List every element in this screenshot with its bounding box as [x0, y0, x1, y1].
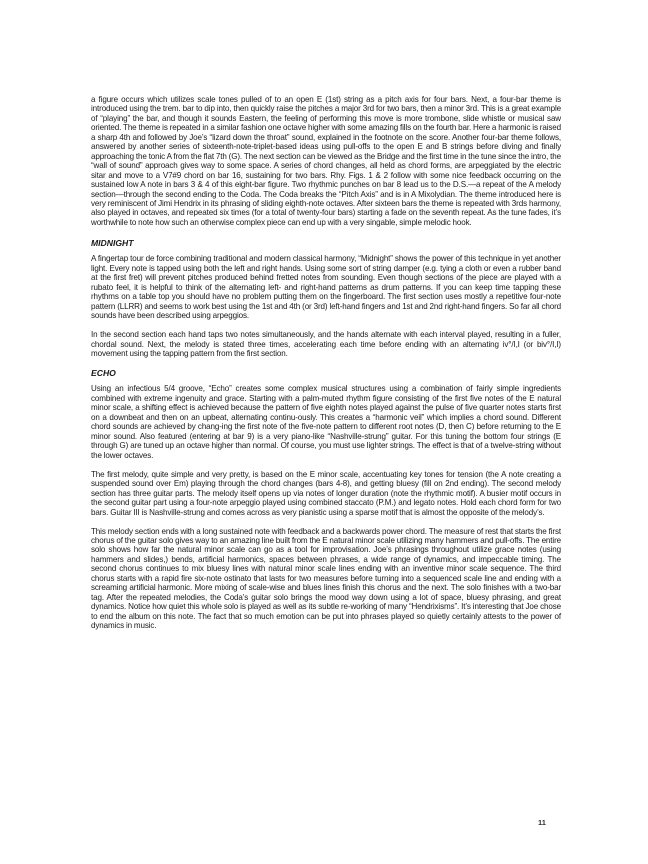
document-page: a figure occurs which utilizes scale ton…	[91, 95, 561, 631]
midnight-section: MIDNIGHT A fingertap tour de force combi…	[91, 238, 561, 358]
paragraph-midnight-1: A fingertap tour de force combining trad…	[91, 254, 561, 320]
paragraph-echo-3: This melody section ends with a long sus…	[91, 527, 561, 631]
page-number: 11	[538, 818, 546, 827]
echo-section: ECHO Using an infectious 5/4 groove, “Ec…	[91, 368, 561, 630]
paragraph-echo-1: Using an infectious 5/4 groove, “Echo” c…	[91, 384, 561, 460]
section-heading-midnight: MIDNIGHT	[91, 238, 561, 248]
paragraph-echo-2: The first melody, quite simple and very …	[91, 470, 561, 517]
paragraph-intro-1: a figure occurs which utilizes scale ton…	[91, 95, 561, 227]
paragraph-midnight-2: In the second section each hand taps two…	[91, 330, 561, 358]
intro-section: a figure occurs which utilizes scale ton…	[91, 95, 561, 227]
section-heading-echo: ECHO	[91, 368, 561, 378]
